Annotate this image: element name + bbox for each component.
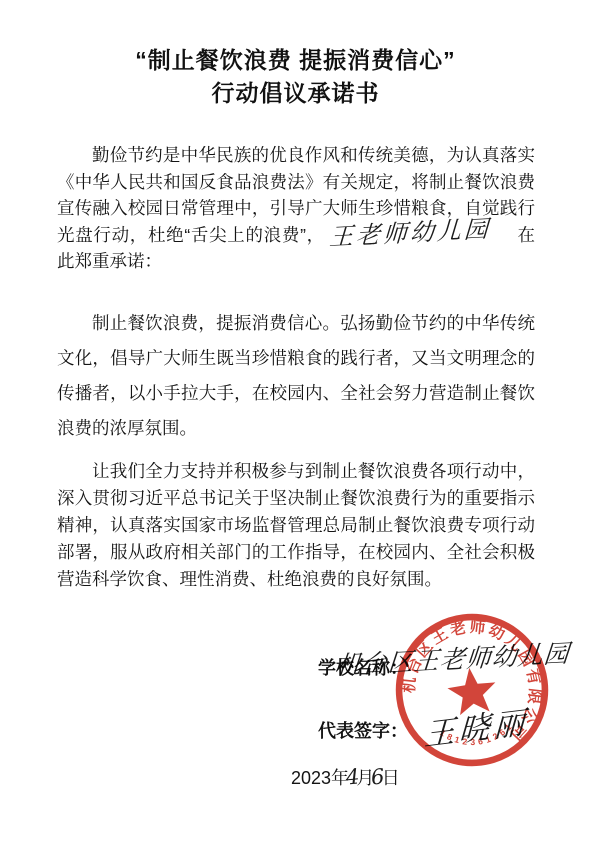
paragraph-commitment-1: 制止餐饮浪费，提振消费信心。弘扬勤俭节约的中华传统文化，倡导广大师生既当珍惜粮食… bbox=[57, 306, 535, 446]
pledge-document-page: “制止餐饮浪费 提振消费信心” 行动倡议承诺书 勤俭节约是中华民族的优良作风和传… bbox=[0, 0, 591, 852]
date-year: 2023年 bbox=[291, 768, 349, 788]
document-title-line1: “制止餐饮浪费 提振消费信心” bbox=[0, 44, 591, 77]
handwritten-day: 6 bbox=[370, 764, 385, 789]
paragraph-intro: 勤俭节约是中华民族的优良作风和传统美德，为认真落实《中华人民共和国反食品浪费法》… bbox=[57, 142, 535, 275]
paragraph-commitment-2: 让我们全力支持并积极参与到制止餐饮浪费各项行动中，深入贯彻习近平总书记关于坚决制… bbox=[57, 458, 535, 593]
representative-signature-label: 代表签字： bbox=[318, 717, 408, 743]
handwritten-school-name-inline: 王老师幼儿园 bbox=[328, 219, 491, 246]
document-title-line2: 行动倡议承诺书 bbox=[0, 77, 591, 110]
official-red-seal: 机台区王老师幼儿园有限公司 1812361261 bbox=[384, 602, 560, 778]
handwritten-month: 4 bbox=[345, 764, 360, 789]
date-line: 2023年4月6日 bbox=[291, 764, 400, 790]
document-title: “制止餐饮浪费 提振消费信心” 行动倡议承诺书 bbox=[0, 44, 591, 110]
